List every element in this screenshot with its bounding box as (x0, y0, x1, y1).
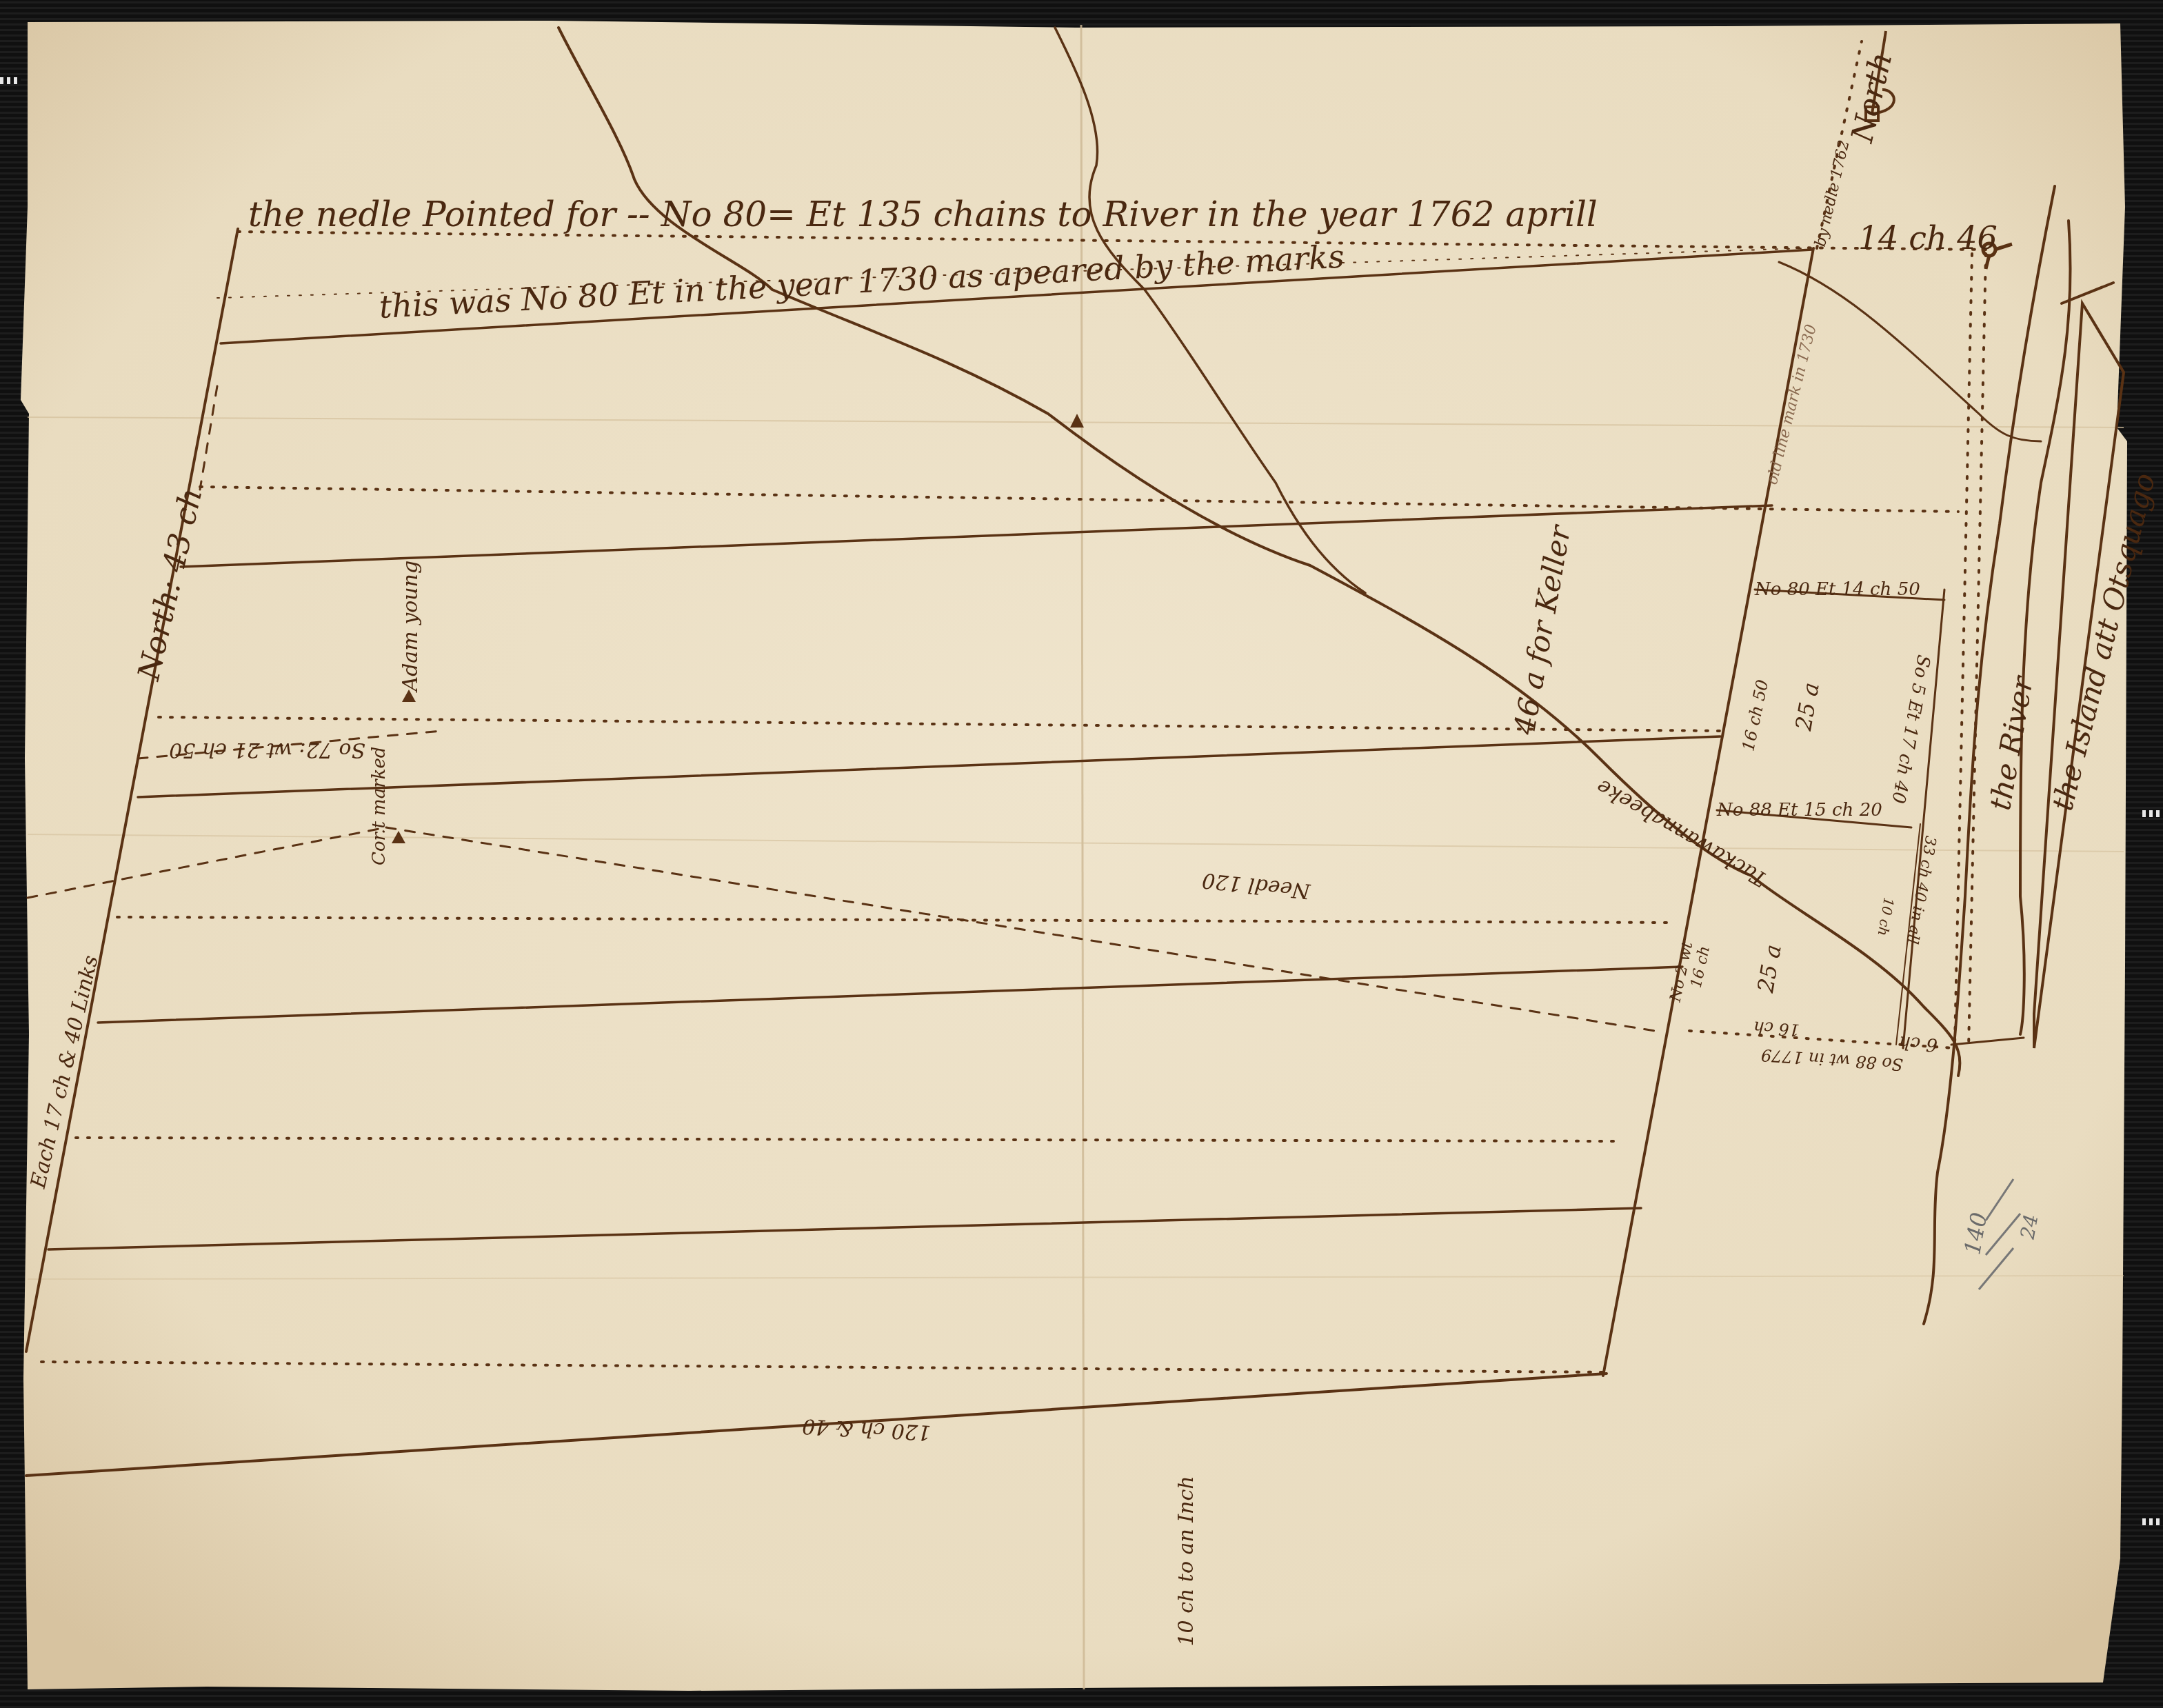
corner-marked-label: Cor.t marked (369, 747, 390, 865)
adam-young-label: Adam young (399, 561, 423, 692)
top-right-distance: 14 ch 46 (1858, 219, 1998, 257)
upside-down-label-1: So 72: wt 21 ch 50 (169, 738, 365, 762)
needle-line-label: the nedle Pointed for -- No 80= Et 135 c… (248, 194, 1598, 234)
bottom-16ch-label: 16 ch (1753, 1017, 1800, 1040)
map-sheet: the nedle Pointed for -- No 80= Et 135 c… (0, 0, 2163, 1708)
lot-line-lower-label: No 88 Et 15 ch 20 (1717, 800, 1882, 821)
scale-label: 10 ch to an Inch (1174, 1476, 1198, 1646)
pencil-calc-label: 24 (2016, 1213, 2043, 1241)
bottom-6ch-label: 6 ch (1898, 1032, 1938, 1055)
lot-line-upper-label: No 80 Et 14 ch 50 (1755, 579, 1920, 600)
